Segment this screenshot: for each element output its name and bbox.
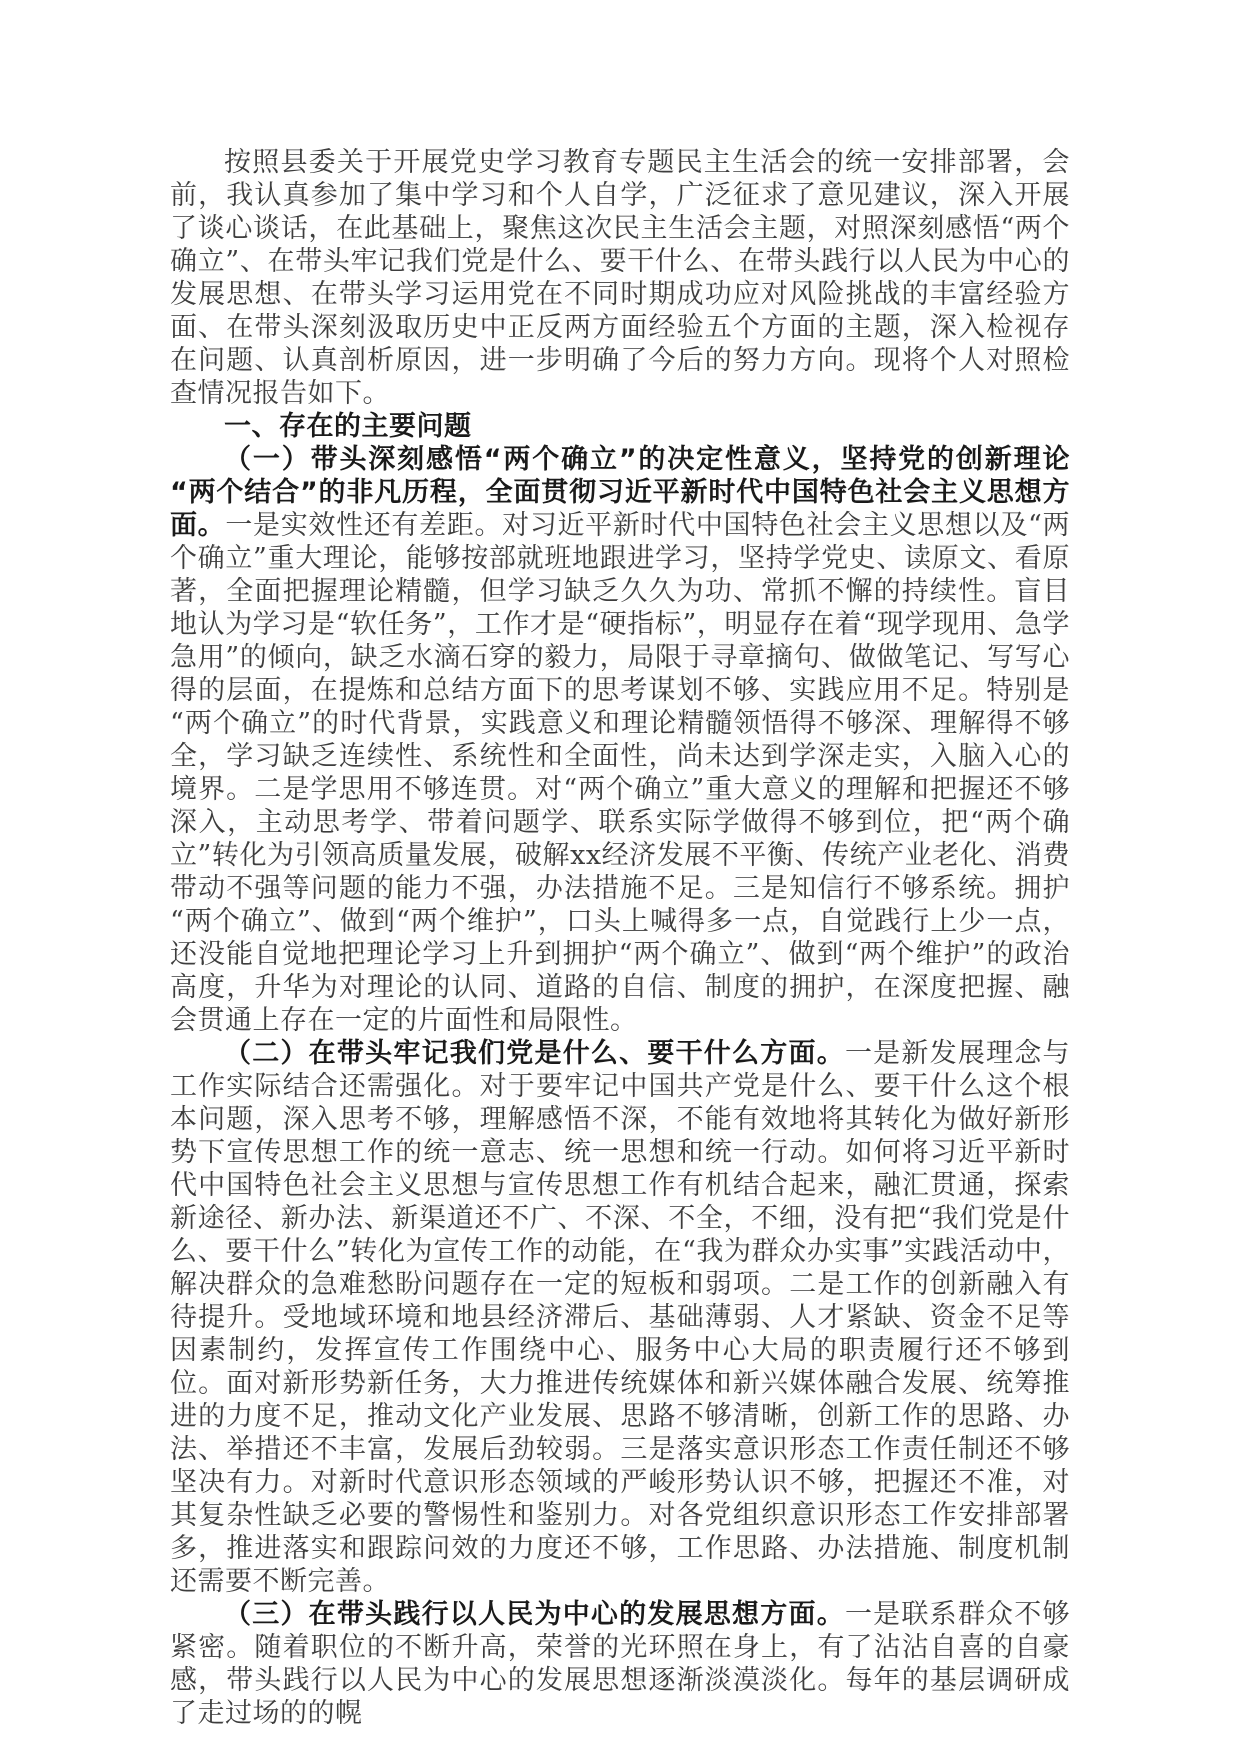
- problem-2-body: 一是新发展理念与工作实际结合还需强化。对于要牢记中国共产党是什么、要干什么这个根…: [170, 1038, 1070, 1597]
- intro-text: 按照县委关于开展党史学习教育专题民主生活会的统一安排部署，会前，我认真参加了集中…: [170, 147, 1070, 409]
- intro-paragraph: 按照县委关于开展党史学习教育专题民主生活会的统一安排部署，会前，我认真参加了集中…: [170, 146, 1070, 410]
- problem-paragraph-3: （三）在带头践行以人民为中心的发展思想方面。一是联系群众不够紧密。随着职位的不断…: [170, 1598, 1070, 1730]
- problem-3-lead: （三）在带头践行以人民为中心的发展思想方面。: [224, 1599, 845, 1630]
- document-page: 按照县委关于开展党史学习教育专题民主生活会的统一安排部署，会前，我认真参加了集中…: [0, 0, 1240, 1754]
- section-heading-main-problems: 一、存在的主要问题: [170, 410, 1070, 443]
- problem-paragraph-1: （一）带头深刻感悟“两个确立”的决定性意义，坚持党的创新理论“两个结合”的非凡历…: [170, 443, 1070, 1037]
- problem-2-lead: （二）在带头牢记我们党是什么、要干什么方面。: [224, 1038, 845, 1069]
- problem-1-body: 一是实效性还有差距。对习近平新时代中国特色社会主义思想以及“两个确立”重大理论，…: [170, 510, 1070, 1036]
- problem-paragraph-2: （二）在带头牢记我们党是什么、要干什么方面。一是新发展理念与工作实际结合还需强化…: [170, 1037, 1070, 1598]
